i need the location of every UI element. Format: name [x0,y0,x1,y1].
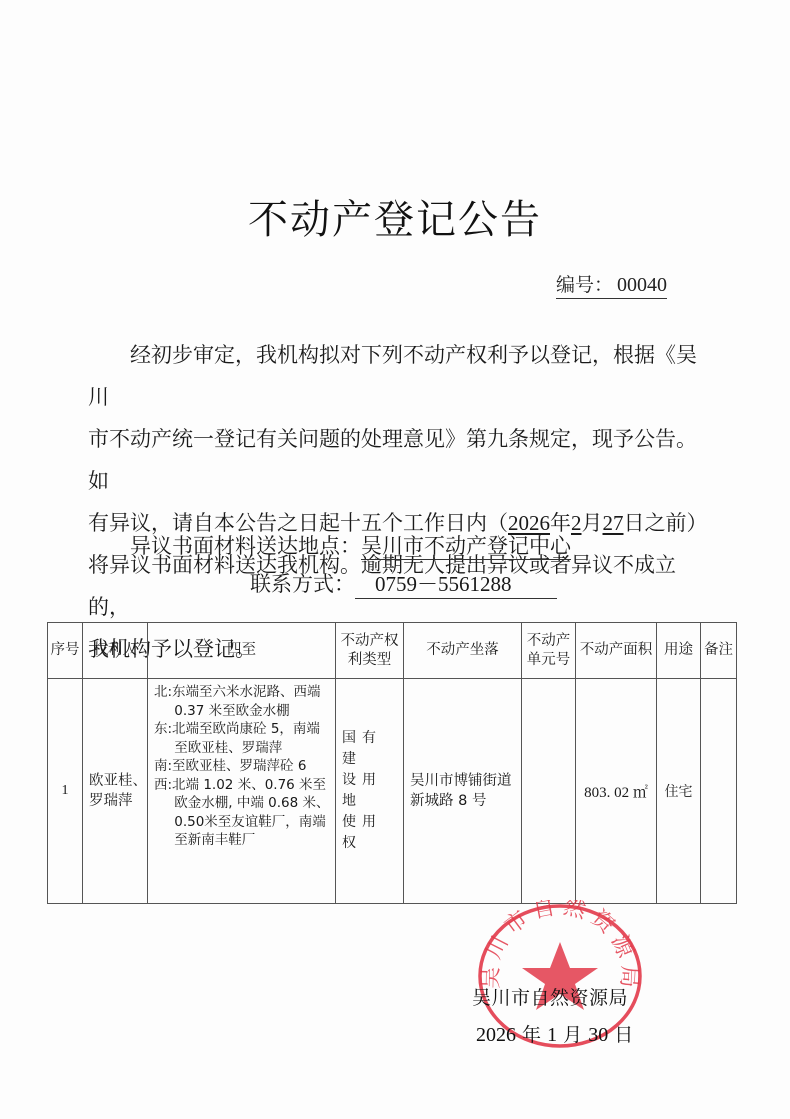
deadline-day: 27 [603,511,624,535]
issue-date-year-unit: 年 [522,1024,541,1046]
table-row: 1 欧亚桂、 罗瑞萍 北:东端至六米水泥路、西端0.37 米至欧金水棚 东:北端… [48,679,737,904]
cell-area: 803. 02 ㎡ [576,679,657,904]
boundary-north: 北:东端至六米水泥路、西端0.37 米至欧金水棚 [154,683,331,720]
boundary-east: 东:北端至欧尚康砼 5，南端至欧亚桂、罗瑞萍 [154,720,331,757]
holder-line-1: 欧亚桂、 [89,771,147,791]
issue-date-day-unit: 日 [614,1024,633,1046]
cell-unit-no [522,679,576,904]
objection-address: 异议书面材料送达地点：吴川市不动产登记中心 [130,530,571,560]
objection-address-value: 吴川市不动产登记中心 [361,534,571,560]
issue-date-month-unit: 月 [563,1024,582,1046]
cell-remark [701,679,737,904]
header-boundaries: 四至 [148,623,336,679]
header-area: 不动产面积 [576,623,657,679]
page-title: 不动产登记公告 [0,188,790,245]
cell-boundaries: 北:东端至六米水泥路、西端0.37 米至欧金水棚 东:北端至欧尚康砼 5，南端至… [148,679,336,904]
issue-date: 2026 年 1 月 30 日 [476,1020,633,1047]
table-header-row: 序号 权利人 四至 不动产权利类型 不动产坐落 不动产单元号 不动产面积 用途 … [48,623,737,679]
right-type-line-2: 设用地 [342,770,397,812]
issue-date-year: 2026 [476,1024,516,1046]
header-unit-no-line1: 不动产 [522,632,575,651]
header-seq: 序号 [48,623,83,679]
header-right-type-line2: 利类型 [336,651,403,670]
registration-table: 序号 权利人 四至 不动产权利类型 不动产坐落 不动产单元号 不动产面积 用途 … [47,622,737,904]
header-unit-no-line2: 单元号 [522,651,575,670]
header-holder: 权利人 [83,623,148,679]
svg-text:吴川市自然资源局: 吴川市自然资源局 [479,900,642,994]
objection-address-label: 异议书面材料送达地点： [130,534,361,558]
body-line-2: 市不动产统一登记有关问题的处理意见》第九条规定，现予公告。如 [88,418,708,502]
body-line-3-end: 日之前） [624,511,708,535]
document-number: 编号：00040 [556,270,667,299]
location-line-2: 新城路 8 号 [410,791,515,811]
header-right-type-line1: 不动产权 [336,632,403,651]
header-remark: 备注 [701,623,737,679]
boundary-south: 南:至欧亚桂、罗瑞萍砼 6 [154,757,331,776]
cell-right-type: 国有建 设用地 使用权 [336,679,404,904]
cell-usage: 住宅 [657,679,701,904]
document-number-label: 编号： [556,274,613,296]
announcement-body: 经初步审定，我机构拟对下列不动产权利予以登记，根据《吴川 市不动产统一登记有关问… [88,334,708,670]
body-line-1: 经初步审定，我机构拟对下列不动产权利予以登记，根据《吴川 [88,334,708,418]
cell-location: 吴川市博铺街道 新城路 8 号 [404,679,522,904]
contact-label: 联系方式： [250,572,355,596]
contact-value: 0759－5561288 [355,568,557,599]
header-right-type: 不动产权利类型 [336,623,404,679]
issue-date-day: 30 [588,1024,608,1046]
document-number-value: 00040 [617,274,667,296]
deadline-month: 2 [571,511,582,535]
cell-seq: 1 [48,679,83,904]
issue-date-month: 1 [547,1024,557,1046]
issuer-name: 吴川市自然资源局 [472,983,628,1010]
holder-line-2: 罗瑞萍 [89,791,147,811]
cell-holder: 欧亚桂、 罗瑞萍 [83,679,148,904]
location-line-1: 吴川市博铺街道 [410,771,515,791]
boundary-west: 西:北端 1.02 米、0.76 米至欧金水棚, 中端 0.68 米、0.50米… [154,776,331,850]
deadline-month-unit: 月 [582,511,603,535]
right-type-line-1: 国有建 [342,728,397,770]
right-type-line-3: 使用权 [342,812,397,854]
header-usage: 用途 [657,623,701,679]
header-location: 不动产坐落 [404,623,522,679]
header-unit-no: 不动产单元号 [522,623,576,679]
contact-info: 联系方式：0759－5561288 [250,568,557,599]
